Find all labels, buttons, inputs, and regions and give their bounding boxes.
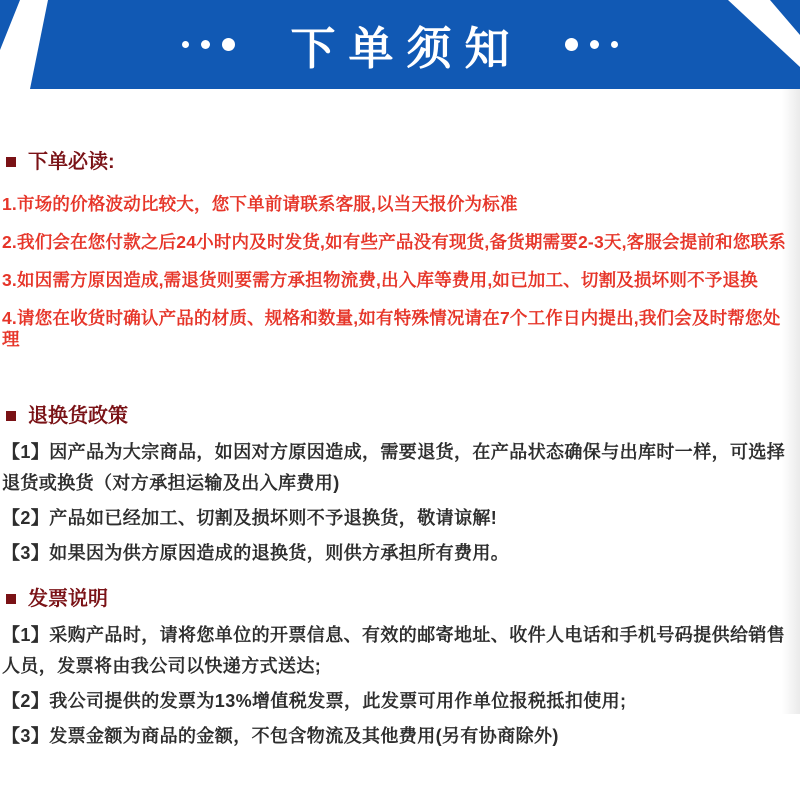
section-heading: 退换货政策 <box>6 404 796 428</box>
section-return-policy: 退换货政策 【1】因产品为大宗商品，如因对方原因造成，需要退货，在产品状态确保与… <box>2 404 796 569</box>
dot-icon <box>201 40 210 49</box>
section-heading: 下单必读: <box>6 150 796 174</box>
bullet-square-icon <box>6 411 16 421</box>
dot-icon <box>182 41 189 48</box>
dot-icon <box>222 38 235 51</box>
notice-item: 【1】因产品为大宗商品，如因对方原因造成，需要退货，在产品状态确保与出库时一样，… <box>2 437 794 499</box>
section-heading-label: 发票说明 <box>28 587 108 611</box>
section-order-must-read: 下单必读: 1.市场的价格波动比较大，您下单前请联系客服,以当天报价为标准2.我… <box>2 150 796 350</box>
notice-item: 【3】发票金额为商品的金额，不包含物流及其他费用(另有协商除外) <box>2 721 794 752</box>
notice-item: 2.我们会在您付款之后24小时内及时发货,如有些产品没有现货,备货期需要2-3天… <box>2 232 796 253</box>
dot-icon <box>611 41 618 48</box>
decor-dots-right <box>565 38 618 51</box>
section-heading: 发票说明 <box>6 587 796 611</box>
bullet-square-icon <box>6 594 16 604</box>
section-items: 【1】采购产品时，请将您单位的开票信息、有效的邮寄地址、收件人电话和手机号码提供… <box>2 620 796 752</box>
order-notes-banner: 下单须知 <box>0 0 800 89</box>
section-items: 【1】因产品为大宗商品，如因对方原因造成，需要退货，在产品状态确保与出库时一样，… <box>2 437 796 569</box>
notice-item: 【2】产品如已经加工、切割及损坏则不予退换货，敬请谅解! <box>2 503 794 534</box>
notice-item: 【1】采购产品时，请将您单位的开票信息、有效的邮寄地址、收件人电话和手机号码提供… <box>2 620 794 682</box>
notice-content: 下单必读: 1.市场的价格波动比较大，您下单前请联系客服,以当天报价为标准2.我… <box>0 150 800 752</box>
notice-item: 4.请您在收货时确认产品的材质、规格和数量,如有特殊情况请在7个工作日内提出,我… <box>2 308 796 350</box>
bullet-square-icon <box>6 157 16 167</box>
banner-title: 下单须知 <box>277 12 522 77</box>
section-items: 1.市场的价格波动比较大，您下单前请联系客服,以当天报价为标准2.我们会在您付款… <box>2 194 796 350</box>
dot-icon <box>590 40 599 49</box>
section-heading-label: 退换货政策 <box>28 404 128 428</box>
notice-item: 3.如因需方原因造成,需退货则要需方承担物流费,出入库等费用,如已加工、切割及损… <box>2 270 796 291</box>
section-heading-label: 下单必读: <box>28 150 115 174</box>
notice-item: 【3】如果因为供方原因造成的退换货，则供方承担所有费用。 <box>2 538 794 569</box>
dot-icon <box>565 38 578 51</box>
notice-item: 1.市场的价格波动比较大，您下单前请联系客服,以当天报价为标准 <box>2 194 796 215</box>
section-invoice-notes: 发票说明 【1】采购产品时，请将您单位的开票信息、有效的邮寄地址、收件人电话和手… <box>2 587 796 752</box>
decor-dots-left <box>182 38 235 51</box>
notice-item: 【2】我公司提供的发票为13%增值税发票，此发票可用作单位报税抵扣使用; <box>2 686 794 717</box>
